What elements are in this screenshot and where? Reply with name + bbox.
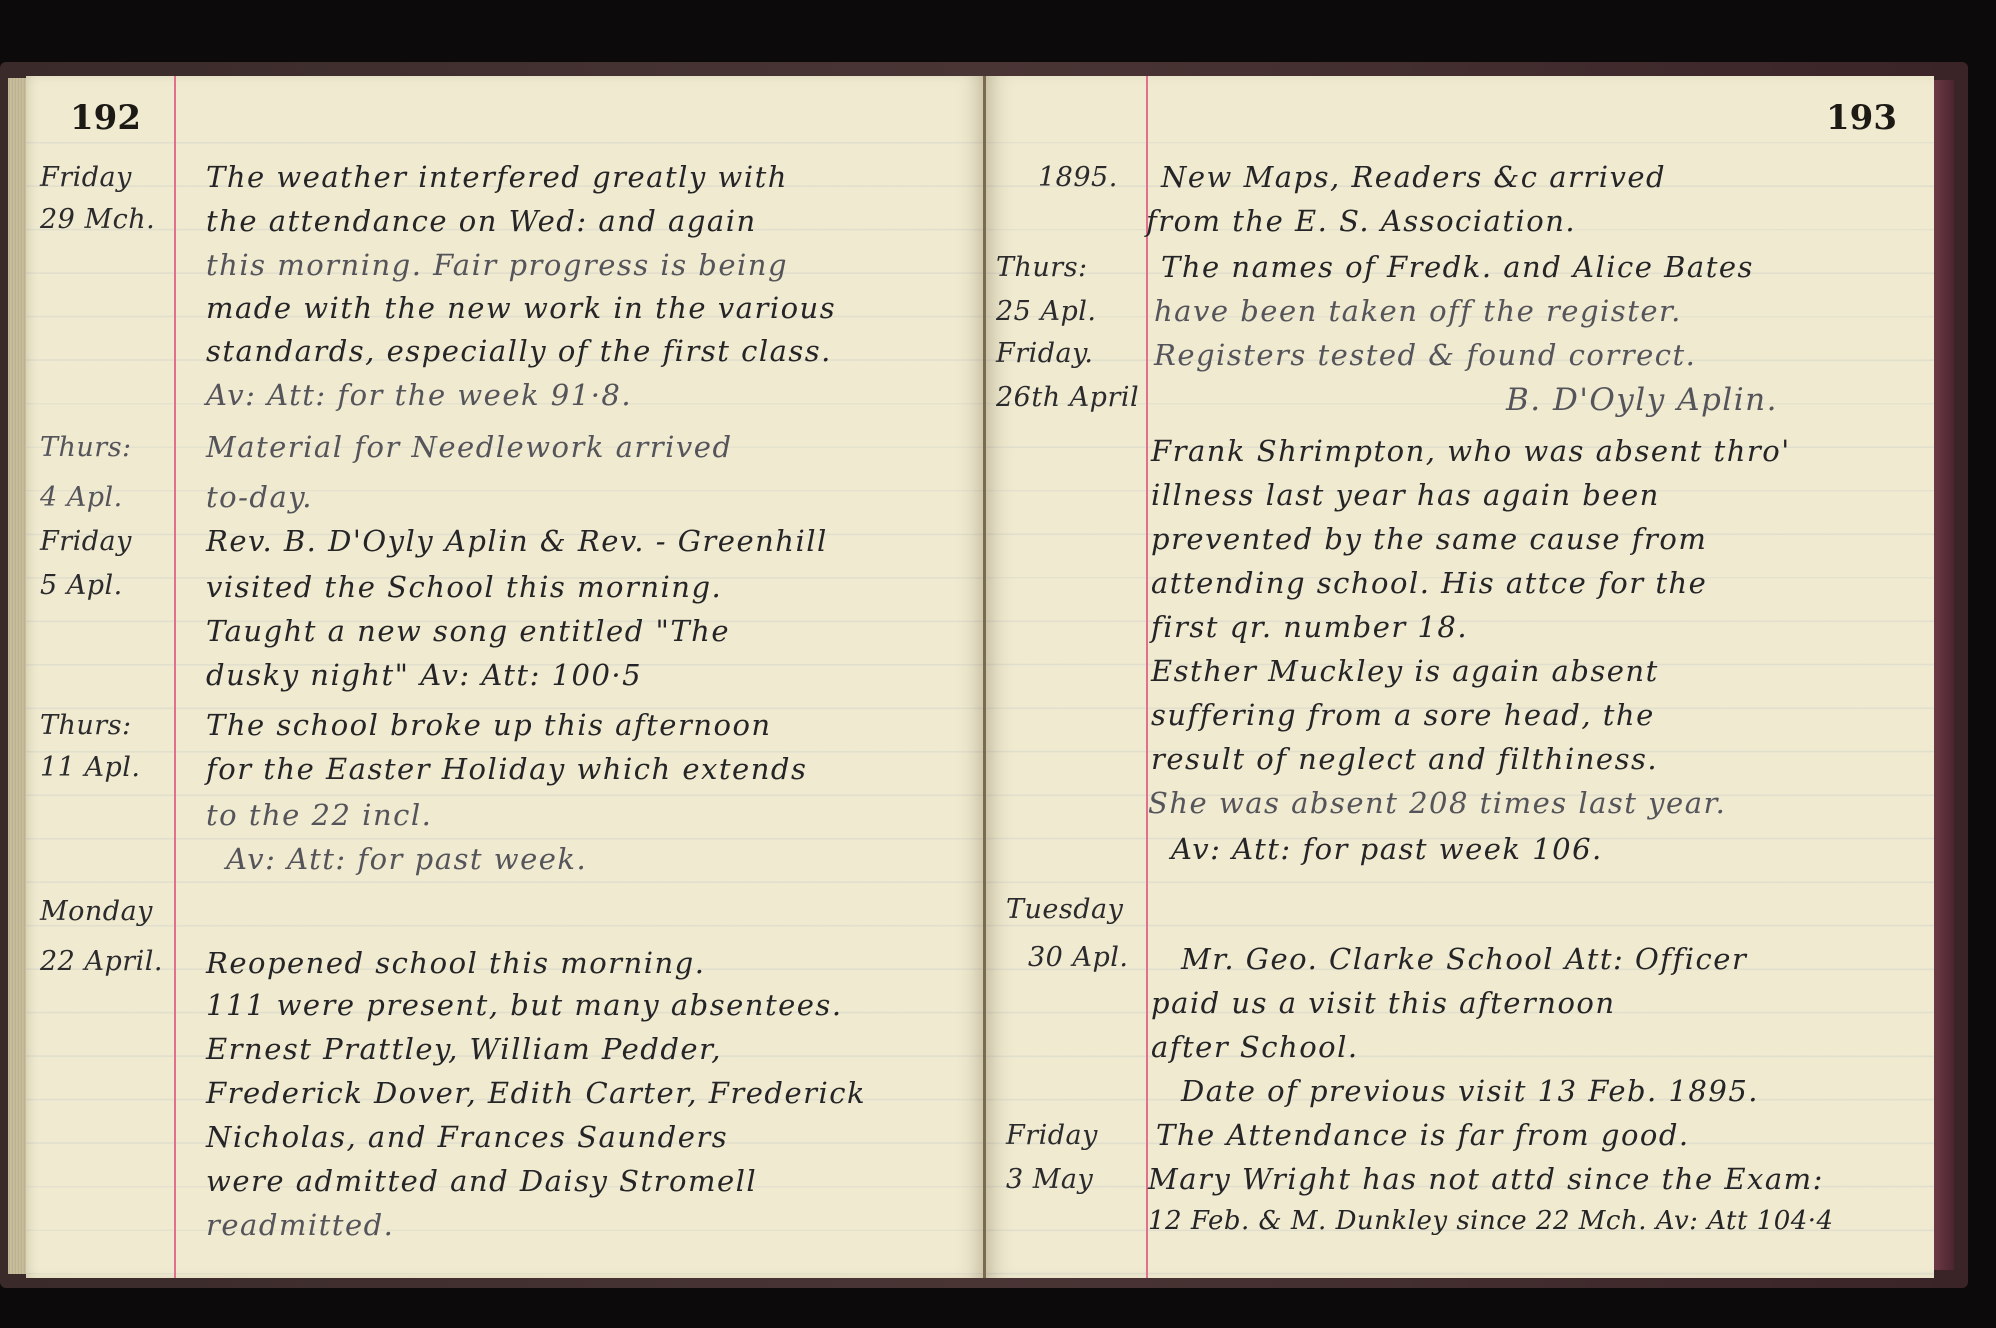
entry-line: readmitted. [206,1208,394,1242]
entry-line: Av: Att: for the week 91·8. [206,378,632,412]
entry-date: 29 Mch. [40,204,155,235]
entry-line: The Attendance is far from good. [1156,1118,1690,1152]
entry-line: result of neglect and filthiness. [1151,742,1658,776]
entry-date: 30 Apl. [1028,942,1128,973]
entry-line: dusky night" Av: Att: 100·5 [206,658,642,692]
entry-date: 22 April. [40,946,163,977]
entry-line: visited the School this morning. [206,570,722,604]
entry-date: Thurs: [40,710,132,741]
entry-date: Friday. [996,338,1093,369]
page-number: 192 [70,98,141,138]
entry-line: have been taken off the register. [1154,294,1682,328]
entry-line: to the 22 incl. [206,798,432,832]
entry-line: The weather interfered greatly with [206,160,788,194]
entry-line: Rev. B. D'Oyly Aplin & Rev. - Greenhill [206,524,828,558]
entry-date: 11 Apl. [40,752,140,783]
entry-line: this morning. Fair progress is being [206,248,788,282]
entry-date: Thurs: [996,252,1088,283]
entry-line: Material for Needlework arrived [206,430,733,464]
signature: B. D'Oyly Aplin. [1506,382,1778,418]
entry-line: made with the new work in the various [206,291,836,325]
entry-date: 25 Apl. [996,296,1096,327]
entry-line: illness last year has again been [1151,478,1660,512]
entry-line: paid us a visit this afternoon [1151,986,1616,1020]
entry-line: The names of Fredk. and Alice Bates [1161,250,1754,284]
entry-date: 1895. [1038,162,1118,193]
entry-line: 12 Feb. & M. Dunkley since 22 Mch. Av: A… [1148,1206,1834,1236]
page-edges-left [8,78,28,1274]
entry-line: Av: Att: for past week. [226,842,587,876]
entry-line: prevented by the same cause from [1151,522,1707,556]
entry-line: Esther Muckley is again absent [1151,654,1659,688]
entry-date: 26th April [996,382,1139,413]
entry-line: for the Easter Holiday which extends [206,752,807,786]
entry-date: 4 Apl. [40,482,123,513]
entry-line: Nicholas, and Frances Saunders [206,1120,728,1154]
entry-date: Tuesday [1006,894,1123,925]
entry-line: Ernest Prattley, William Pedder, [206,1032,722,1066]
entry-line: Taught a new song entitled "The [206,614,730,648]
entry-date: 3 May [1006,1164,1093,1195]
entry-date: Thurs: [40,432,132,463]
entry-line: the attendance on Wed: and again [206,204,757,238]
entry-date: Friday [1006,1120,1098,1151]
entry-line: Av: Att: for past week 106. [1171,832,1603,866]
entry-line: Mr. Geo. Clarke School Att: Officer [1181,942,1747,976]
left-page: 192 Friday 29 Mch. The weather interfere… [26,76,984,1278]
entry-line: after School. [1151,1030,1359,1064]
entry-line: New Maps, Readers &c arrived [1161,160,1666,194]
book-spine-edge-right [1934,80,1954,1270]
entry-date: Friday [40,162,132,193]
entry-line: Mary Wright has not attd since the Exam: [1148,1162,1824,1196]
entry-date: Friday [40,526,132,557]
entry-line: were admitted and Daisy Stromell [206,1164,757,1198]
margin-rule [1146,76,1148,1278]
entry-line: suffering from a sore head, the [1151,698,1655,732]
entry-line: The school broke up this afternoon [206,708,772,742]
entry-line: Reopened school this morning. [206,946,705,980]
entry-line: standards, especially of the first class… [206,334,832,368]
entry-line: Frederick Dover, Edith Carter, Frederick [206,1076,866,1110]
entry-line: She was absent 208 times last year. [1148,786,1726,820]
entry-line: Registers tested & found correct. [1154,338,1696,372]
entry-date: Monday [40,896,153,927]
page-number: 193 [1826,98,1897,138]
entry-line: first qr. number 18. [1151,610,1468,644]
margin-rule [174,76,176,1278]
entry-date: 5 Apl. [40,570,123,601]
entry-line: to-day. [206,480,313,514]
entry-line: 111 were present, but many absentees. [206,988,843,1022]
entry-line: Date of previous visit 13 Feb. 1895. [1181,1074,1759,1108]
entry-line: Frank Shrimpton, who was absent thro' [1151,434,1791,468]
right-page: 193 1895. New Maps, Readers &c arrived f… [986,76,1934,1278]
entry-line: from the E. S. Association. [1146,204,1576,238]
entry-line: attending school. His attce for the [1151,566,1707,600]
